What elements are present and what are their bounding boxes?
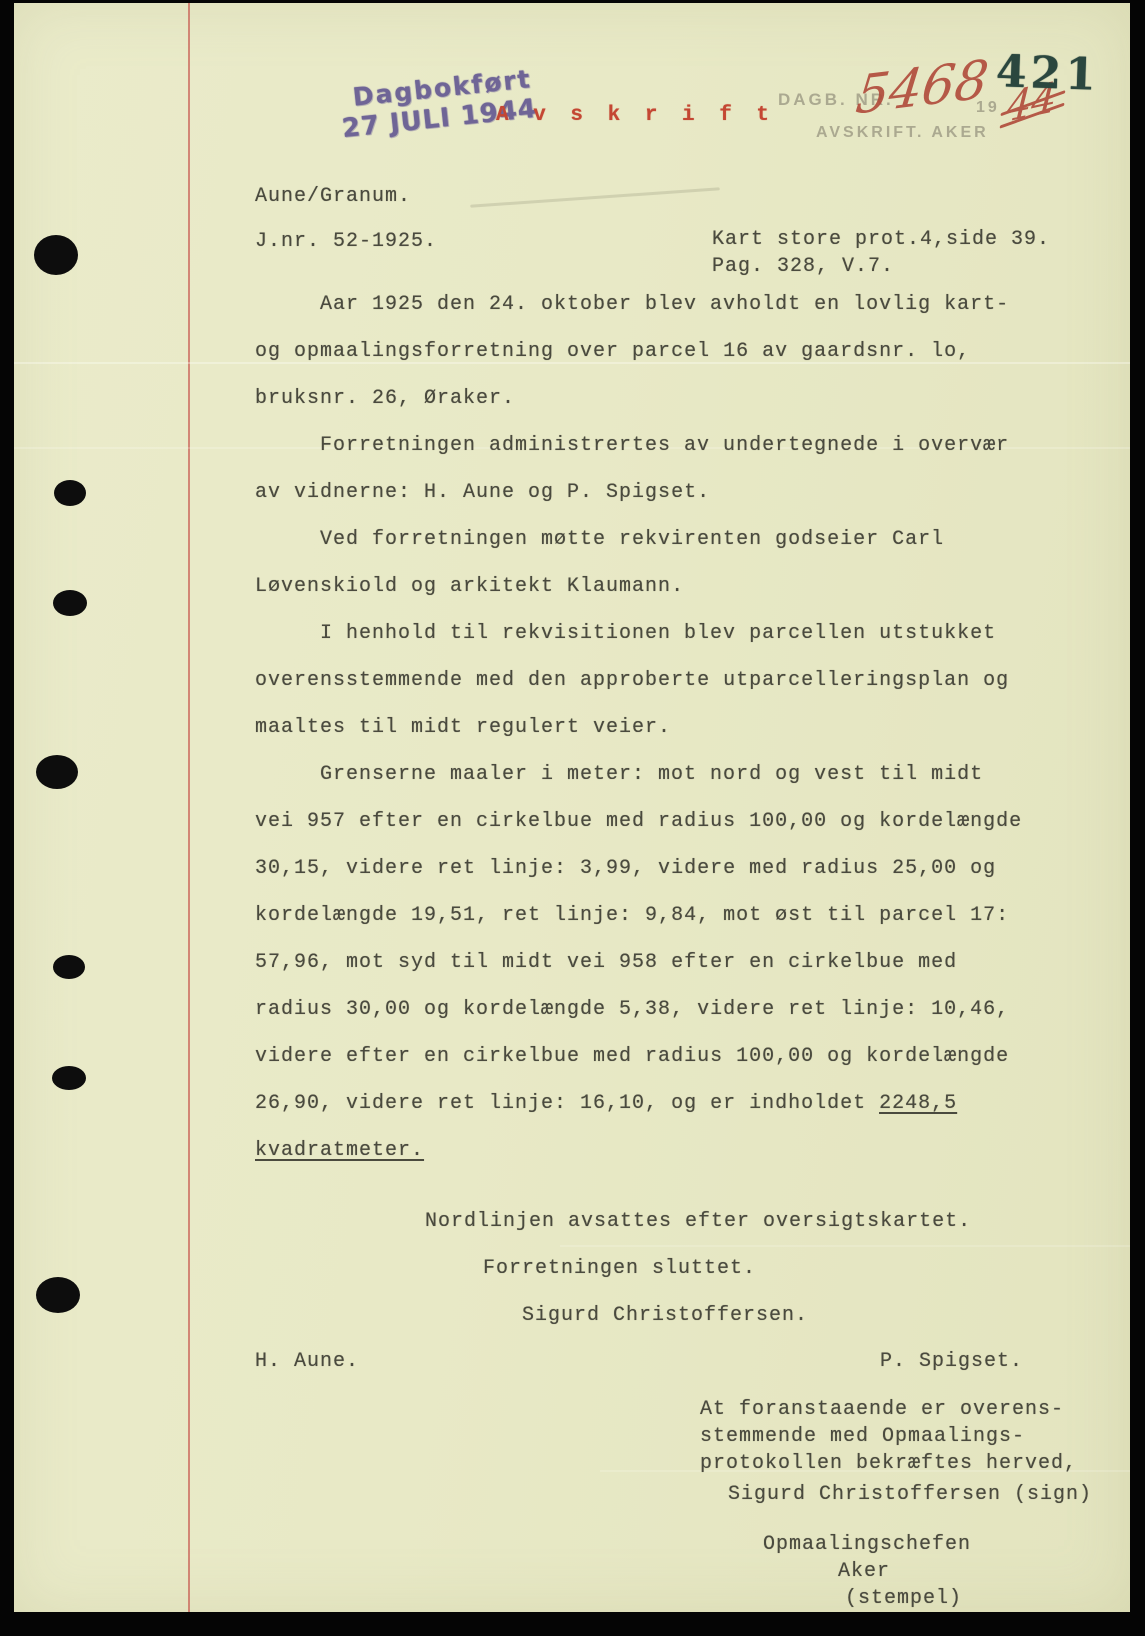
typewritten-line: radius 30,00 og kordelængde 5,38, videre… bbox=[255, 998, 1009, 1022]
office-place: Aker bbox=[838, 1560, 890, 1584]
typewritten-line: videre efter en cirkelbue med radius 100… bbox=[255, 1045, 1009, 1069]
typewritten-line: Forretningen administrertes av undertegn… bbox=[320, 434, 1009, 458]
typewritten-line: av vidnerne: H. Aune og P. Spigset. bbox=[255, 481, 710, 505]
office-title: Opmaalingschefen bbox=[763, 1533, 971, 1557]
typewritten-line: 26,90, videre ret linje: 16,10, og er in… bbox=[255, 1092, 957, 1116]
typewritten-line: kvadratmeter. bbox=[255, 1139, 424, 1163]
typewritten-line: 57,96, mot syd til midt vei 958 efter en… bbox=[255, 951, 957, 975]
surveyor-signature: Sigurd Christoffersen. bbox=[522, 1304, 808, 1328]
typewritten-line: og opmaalingsforretning over parcel 16 a… bbox=[255, 340, 970, 364]
punch-hole bbox=[34, 235, 78, 275]
typewritten-line: Ved forretningen møtte rekvirenten godse… bbox=[320, 528, 944, 552]
punch-hole bbox=[54, 480, 86, 506]
journal-number: J.nr. 52-1925. bbox=[255, 230, 437, 254]
typewritten-line: overensstemmende med den approberte utpa… bbox=[255, 669, 1009, 693]
typewritten-line: Grenserne maaler i meter: mot nord og ve… bbox=[320, 763, 983, 787]
typewritten-line: bruksnr. 26, Øraker. bbox=[255, 387, 515, 411]
typewritten-line: maaltes til midt regulert veier. bbox=[255, 716, 671, 740]
punch-hole bbox=[53, 955, 85, 979]
typewritten-line: I henhold til rekvisitionen blev parcell… bbox=[320, 622, 996, 646]
witness-signature: H. Aune. bbox=[255, 1350, 359, 1374]
margin-rule-line bbox=[188, 3, 190, 1612]
map-protocol-ref: Kart store prot.4,side 39. bbox=[712, 228, 1050, 252]
stamp-note: (stempel) bbox=[845, 1587, 962, 1611]
witness-signature: P. Spigset. bbox=[880, 1350, 1023, 1374]
attestation-line: protokollen bekræftes herved, bbox=[700, 1452, 1077, 1476]
punch-hole bbox=[36, 1277, 80, 1313]
typewritten-line: Løvenskiold og arkitekt Klaumann. bbox=[255, 575, 684, 599]
attestation-line: At foranstaaende er overens- bbox=[700, 1398, 1064, 1422]
punch-hole bbox=[52, 1066, 86, 1090]
surveyor-signature: Sigurd Christoffersen (sign) bbox=[728, 1483, 1092, 1507]
attestation-line: stemmende med Opmaalings- bbox=[700, 1425, 1025, 1449]
avskrift-aker-stamp: AVSKRIFT. AKER bbox=[816, 124, 989, 142]
scanned-document: Dagbokført 27 JULI 1944 A v s k r i f t … bbox=[0, 0, 1145, 1636]
map-protocol-ref: Pag. 328, V.7. bbox=[712, 255, 894, 279]
page-number-stamp: 421 bbox=[995, 46, 1101, 101]
typewritten-line: Aar 1925 den 24. oktober blev avholdt en… bbox=[320, 293, 1009, 317]
typewritten-line: Nordlinjen avsattes efter oversigtskarte… bbox=[425, 1210, 971, 1234]
avskrift-label: A v s k r i f t bbox=[496, 104, 775, 127]
typewritten-line: vei 957 efter en cirkelbue med radius 10… bbox=[255, 810, 1022, 834]
punch-hole bbox=[36, 755, 78, 789]
typewritten-line: kordelængde 19,51, ret linje: 9,84, mot … bbox=[255, 904, 1009, 928]
underlined-value: kvadratmeter. bbox=[255, 1139, 424, 1162]
typewritten-line: Forretningen sluttet. bbox=[483, 1257, 756, 1281]
typewritten-line: 30,15, videre ret linje: 3,99, videre me… bbox=[255, 857, 996, 881]
punch-hole bbox=[53, 590, 87, 616]
underlined-value: 2248,5 bbox=[879, 1092, 957, 1115]
case-reference: Aune/Granum. bbox=[255, 185, 411, 209]
